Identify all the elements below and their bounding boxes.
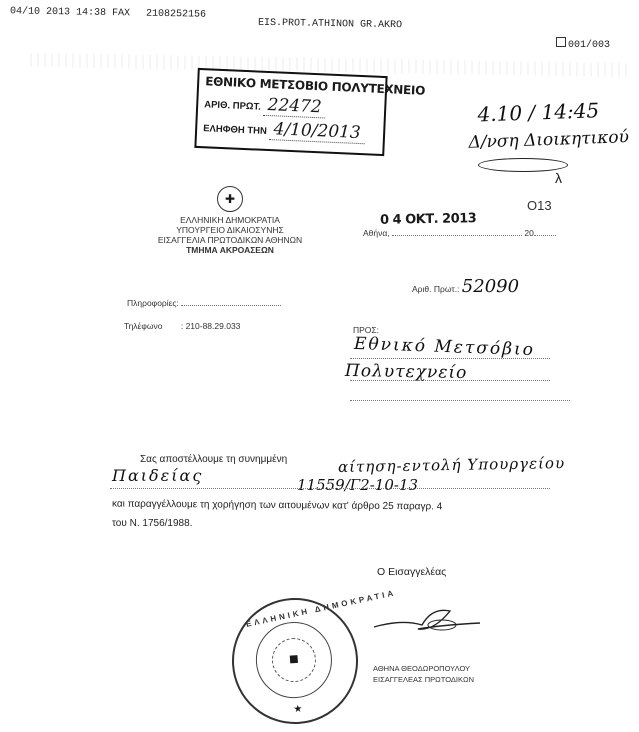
stamp-protocol-label: ΑΡΙΘ. ΠΡΩΤ. [204, 99, 261, 112]
year-dotted-line [534, 235, 556, 236]
protocol-value: 52090 [462, 276, 519, 297]
recipient-dotted-line-1 [350, 358, 550, 359]
signature-role: ΕΙΣΑΓΓΕΛΕΑΣ ΠΡΩΤΟΔΙΚΩΝ [373, 675, 474, 684]
body-line-2-handwritten-b: 11559/Γ2-10-13 [297, 476, 418, 494]
official-seal-icon: ■ ΕΛΛΗΝΙΚΗ ΔΗΜΟΚΡΑΤΙΑ ★ [228, 594, 362, 728]
letterhead-line-3: ΕΙΣΑΓΓΕΛΙΑ ΠΡΩΤΟΔΙΚΩΝ ΑΘΗΝΩΝ [140, 235, 320, 245]
handwritten-note: 4.10 / 14:45 Δ/νση Διοικητικού [467, 95, 629, 157]
stamp-received-label: ΕΛΗΦΘΗ ΤΗΝ [203, 123, 267, 137]
body-line-4: του Ν. 1756/1988. [112, 518, 192, 529]
info-label: Πληροφορίες: [127, 298, 179, 308]
body-dotted-line [110, 488, 550, 489]
signature-icon [372, 605, 482, 635]
handwritten-caret: λ [555, 170, 562, 186]
letterhead-line-1: ΕΛΛΗΝΙΚΗ ΔΗΜΟΚΡΑΤΙΑ [140, 215, 320, 225]
letterhead: ✚ ΕΛΛΗΝΙΚΗ ΔΗΜΟΚΡΑΤΙΑ ΥΠΟΥΡΓΕΙΟ ΔΙΚΑΙΟΣΥ… [140, 186, 320, 255]
greek-coat-of-arms-icon: ✚ [217, 186, 243, 212]
protocol-label: Αριθ. Πρωτ.: [412, 284, 459, 294]
phone-value: : 210-88.29.033 [181, 321, 241, 331]
fax-datetime: 04/10 2013 14:38 FAX 2108252156 [10, 6, 206, 20]
date-stamp: 0 4 ΟΚΤ. 2013 [380, 211, 477, 228]
stamp-received-row: ΕΛΗΦΘΗ ΤΗΝ 4/10/2013 [203, 116, 378, 144]
fax-datetime-text: 04/10 2013 14:38 FAX [10, 6, 130, 19]
body-line-3: και παραγγέλλουμε τη χορήγηση των αιτουμ… [112, 499, 442, 513]
recipient-dotted-line-2 [350, 380, 550, 381]
body-line-1-printed: Σας αποστέλλουμε τη συνημμένη [140, 454, 287, 465]
fax-sender: EIS.PROT.ATHINON GR.AKRO [258, 18, 402, 32]
stamp-protocol-row: ΑΡΙΘ. ΠΡΩΤ. 22472 [204, 92, 379, 120]
signature-name: ΑΘΗΝΑ ΘΕΟΔΩΡΟΠΟΥΛΟΥ [373, 664, 470, 673]
document-code: O13 [527, 198, 552, 213]
signature-scribble [372, 605, 482, 635]
body-line-2-handwritten-a: Παιδείας [112, 466, 203, 485]
fax-number: 2108252156 [146, 9, 206, 21]
phone-line: Τηλέφωνο : 210-88.29.033 [124, 321, 240, 331]
handwritten-department: Δ/νση Διοικητικού [468, 123, 629, 157]
year-prefix: 20 [524, 228, 533, 238]
stamp-protocol-value: 22472 [263, 95, 326, 119]
seal-star-icon: ★ [293, 704, 303, 716]
recipient-dotted-line-3 [350, 400, 570, 401]
city-date-line: Αθήνα, 20 [363, 228, 556, 238]
date-dotted-line [392, 235, 522, 236]
signature-title: Ο Εισαγγελέας [377, 566, 446, 578]
recipient-line-1: Εθνικό Μετσόβιο [354, 334, 536, 360]
stamp-received-value: 4/10/2013 [269, 119, 365, 144]
city-label: Αθήνα, [363, 228, 390, 238]
info-dotted-line [181, 305, 281, 306]
info-line: Πληροφορίες: [127, 298, 281, 308]
protocol-number: Αριθ. Πρωτ.: 52090 [412, 276, 519, 297]
body-line-1: Σας αποστέλλουμε τη συνημμένη [140, 454, 287, 465]
letterhead-line-2: ΥΠΟΥΡΓΕΙΟ ΔΙΚΑΙΟΣΥΝΗΣ [140, 225, 320, 235]
fax-page-number: 001/003 [568, 40, 610, 51]
fax-page-icon [556, 37, 566, 47]
letterhead-department: ΤΜΗΜΑ ΑΚΡΟΑΣΕΩΝ [140, 245, 320, 255]
phone-label: Τηλέφωνο [124, 321, 162, 331]
body-line-1-handwritten: αίτηση-εντολή Υπουργείου [338, 454, 565, 476]
fax-page: 001/003 [556, 37, 610, 51]
received-stamp: ΕΘΝΙΚΟ ΜΕΤΣΟΒΙΟ ΠΟΛΥΤΕΧΝΕΙΟ ΑΡΙΘ. ΠΡΩΤ. … [194, 68, 387, 156]
